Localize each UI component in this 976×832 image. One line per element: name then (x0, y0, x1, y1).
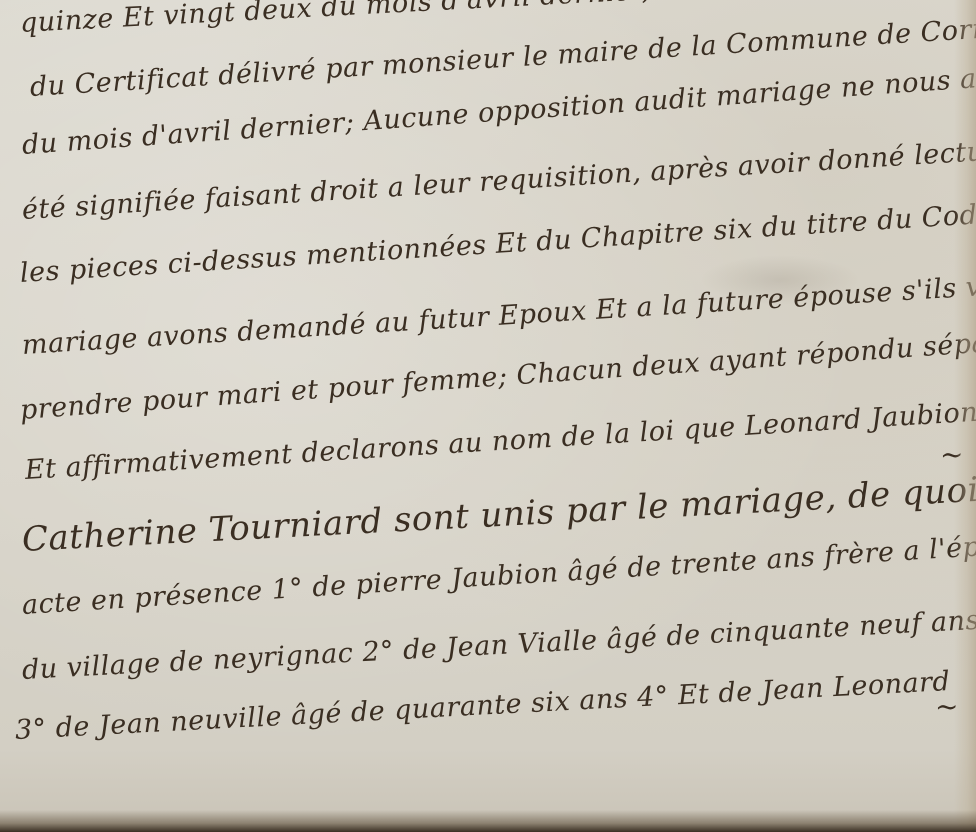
manuscript-page: quinze Et vingt deux du mois d'avril der… (0, 0, 976, 832)
page-right-edge (954, 0, 976, 832)
page-bottom-edge (0, 810, 976, 832)
